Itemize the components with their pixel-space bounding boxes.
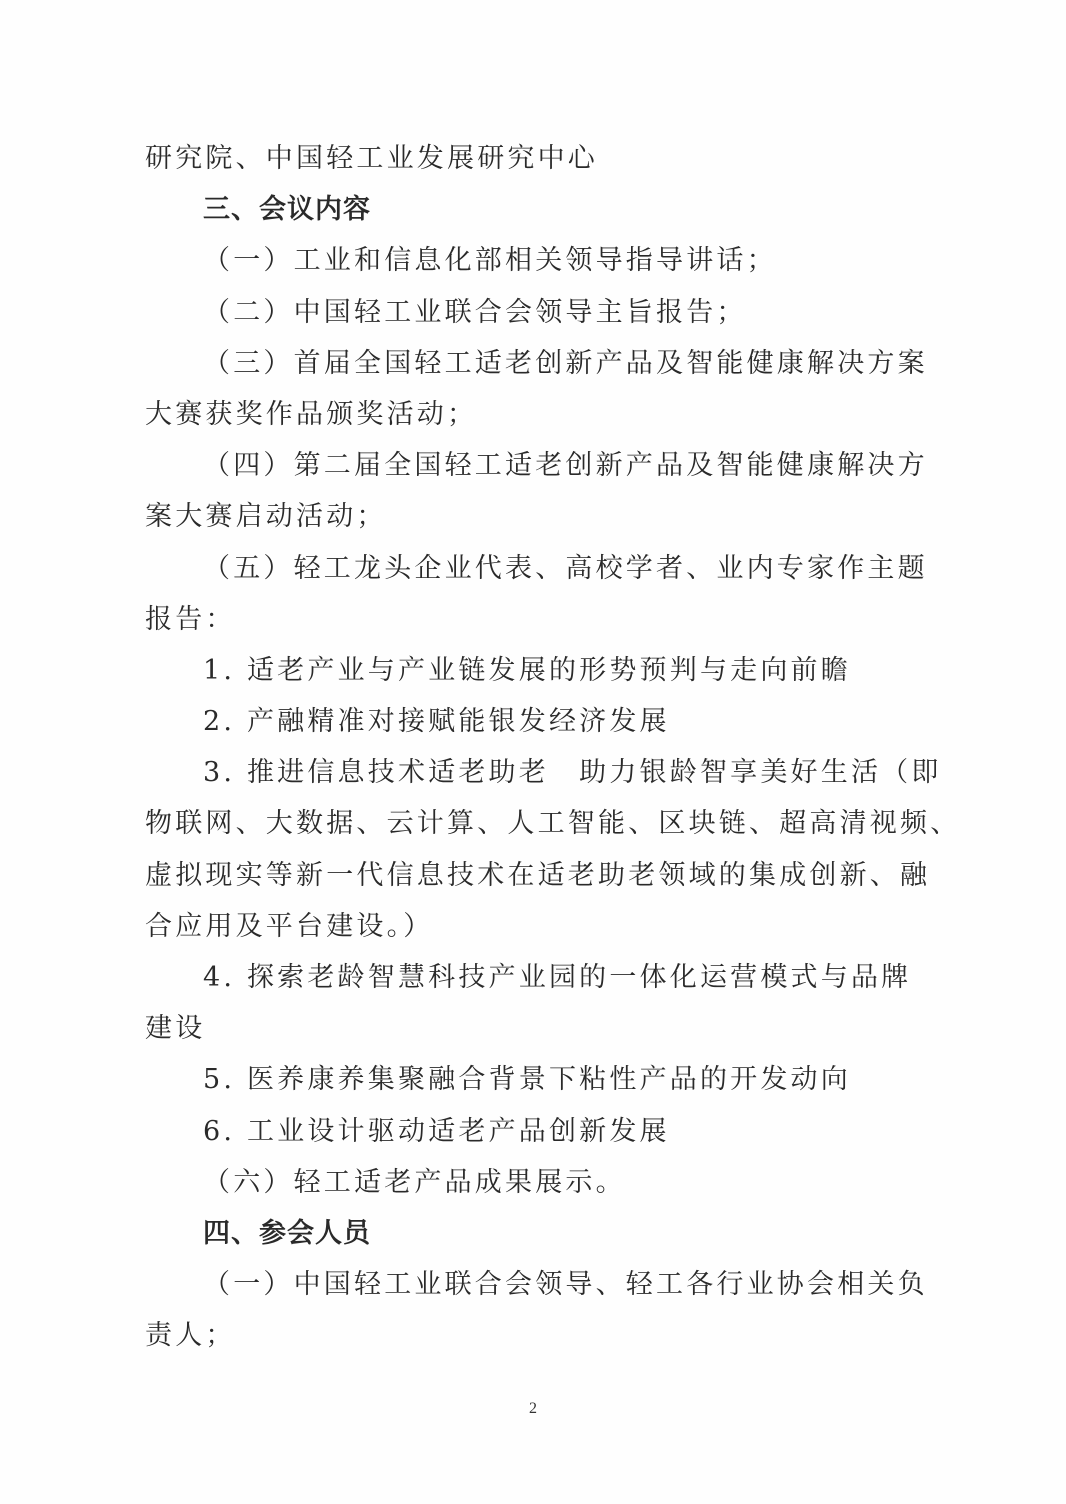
report-topic-2: 2. 产融精准对接赋能银发经济发展 (145, 696, 907, 747)
report-topic-4: 4. 探索老龄智慧科技产业园的一体化运营模式与品牌 (145, 952, 907, 1003)
list-item-6: （六）轻工适老产品成果展示。 (145, 1157, 907, 1208)
list-item-4-continuation: 案大赛启动活动； (145, 491, 907, 542)
list-item-5: （五）轻工龙头企业代表、高校学者、业内专家作主题 (145, 543, 907, 594)
section-heading-meeting-content: 三、会议内容 (145, 184, 907, 235)
report-topic-1: 1. 适老产业与产业链发展的形势预判与走向前瞻 (145, 645, 907, 696)
document-page: 研究院、中国轻工业发展研究中心 三、会议内容 （一）工业和信息化部相关领导指导讲… (0, 0, 1066, 1504)
attendee-item-1: （一）中国轻工业联合会领导、轻工各行业协会相关负 (145, 1259, 907, 1310)
list-item-2: （二）中国轻工业联合会领导主旨报告； (145, 287, 907, 338)
page-number: 2 (0, 1400, 1066, 1418)
section-heading-attendees: 四、参会人员 (145, 1208, 907, 1259)
report-topic-5: 5. 医养康养集聚融合背景下粘性产品的开发动向 (145, 1054, 907, 1105)
text-line-org-continuation: 研究院、中国轻工业发展研究中心 (145, 133, 907, 184)
list-item-5-continuation: 报告： (145, 594, 907, 645)
list-item-1: （一）工业和信息化部相关领导指导讲话； (145, 235, 907, 286)
attendee-item-1-continuation: 责人； (145, 1310, 907, 1361)
report-topic-3: 3. 推进信息技术适老助老 助力银龄智享美好生活（即 (145, 747, 907, 798)
report-topic-3-continuation-1: 物联网、大数据、云计算、人工智能、区块链、超高清视频、 (145, 798, 907, 849)
list-item-3: （三）首届全国轻工适老创新产品及智能健康解决方案 (145, 338, 907, 389)
document-body: 研究院、中国轻工业发展研究中心 三、会议内容 （一）工业和信息化部相关领导指导讲… (145, 133, 907, 1362)
report-topic-3-continuation-3: 合应用及平台建设。） (145, 901, 907, 952)
list-item-4: （四）第二届全国轻工适老创新产品及智能健康解决方 (145, 440, 907, 491)
report-topic-6: 6. 工业设计驱动适老产品创新发展 (145, 1106, 907, 1157)
list-item-3-continuation: 大赛获奖作品颁奖活动； (145, 389, 907, 440)
report-topic-3-continuation-2: 虚拟现实等新一代信息技术在适老助老领域的集成创新、融 (145, 850, 907, 901)
report-topic-4-continuation: 建设 (145, 1003, 907, 1054)
